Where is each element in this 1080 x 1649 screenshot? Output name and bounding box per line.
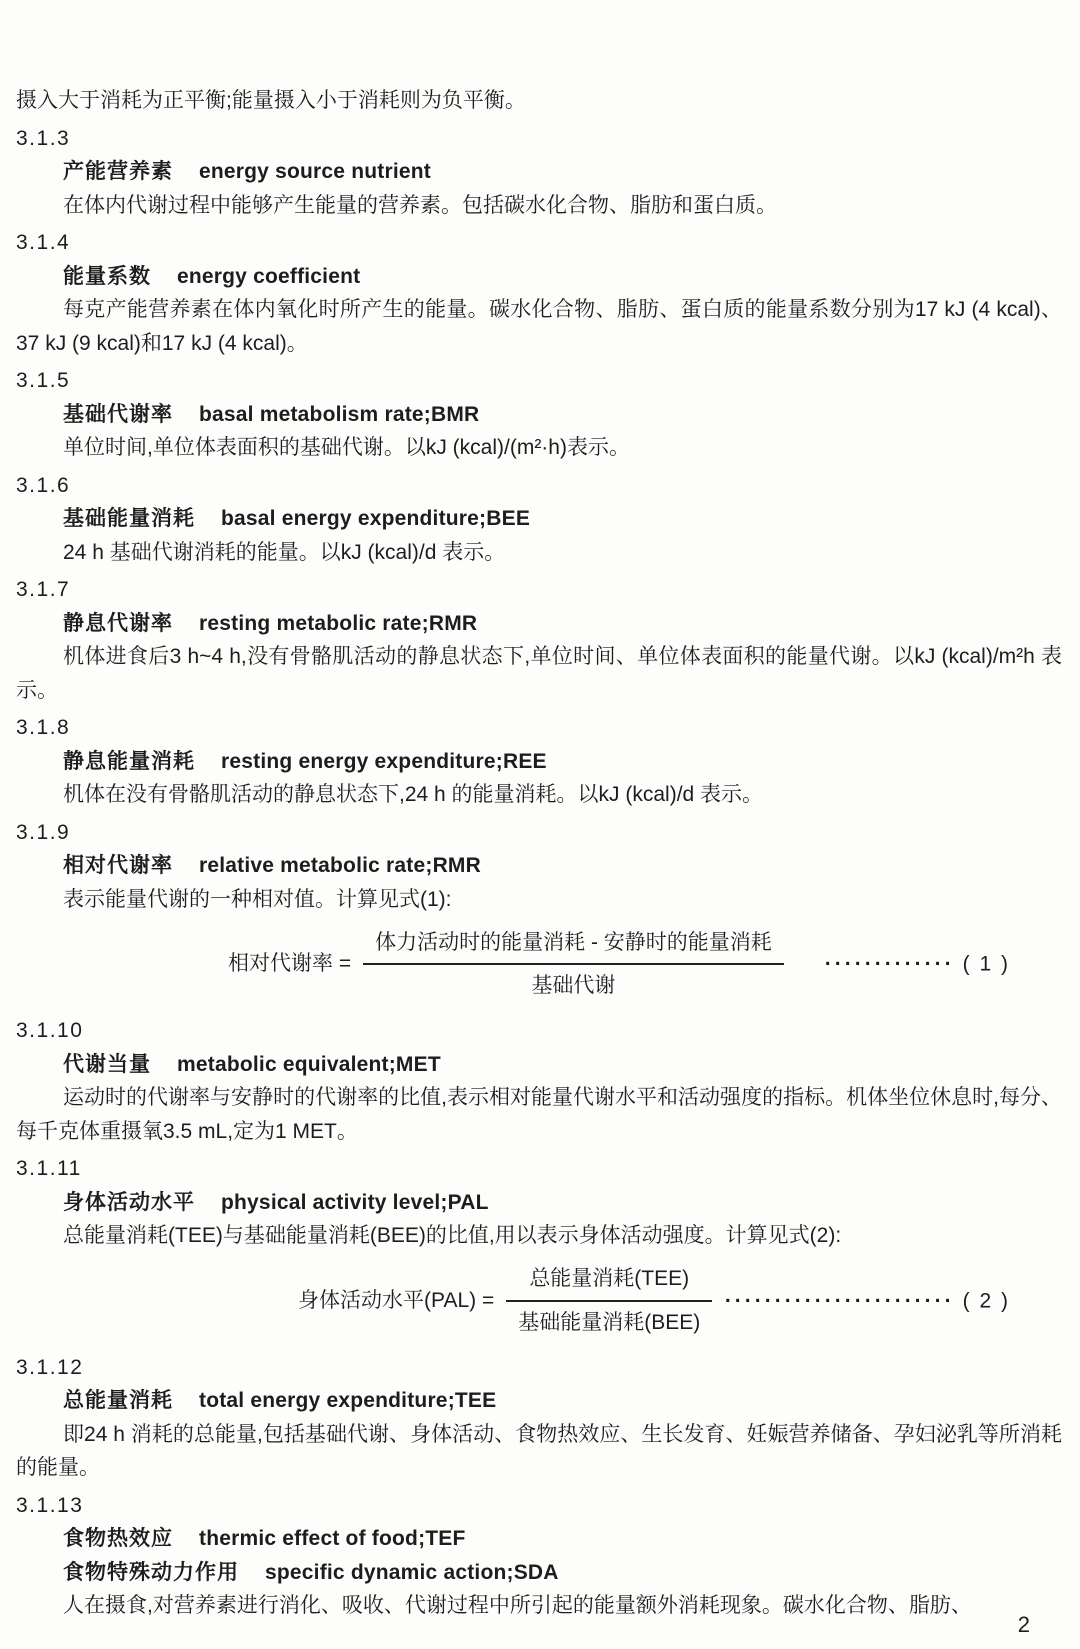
term-line: 总能量消耗total energy expenditure;TEE <box>16 1384 1062 1418</box>
definition-text: 即24 h 消耗的总能量,包括基础代谢、身体活动、食物热效应、生长发育、妊娠营养… <box>16 1418 1062 1485</box>
term-line: 代谢当量metabolic equivalent;MET <box>16 1048 1062 1082</box>
term-en: physical activity level;PAL <box>221 1191 489 1214</box>
term-en: relative metabolic rate;RMR <box>199 854 481 877</box>
term-zh: 产能营养素 <box>63 160 173 183</box>
term-zh: 身体活动水平 <box>63 1191 195 1214</box>
document-page: 摄入大于消耗为正平衡;能量摄入小于消耗则为负平衡。 3.1.3 产能营养素ene… <box>0 0 1080 1649</box>
section-number: 3.1.7 <box>16 573 1062 607</box>
term-en: basal energy expenditure;BEE <box>221 507 530 530</box>
paragraph-continuation: 摄入大于消耗为正平衡;能量摄入小于消耗则为负平衡。 <box>16 84 1062 118</box>
definition-text: 人在摄食,对营养素进行消化、吸收、代谢过程中所引起的能量额外消耗现象。碳水化合物… <box>16 1589 1062 1623</box>
term-zh: 能量系数 <box>63 265 151 288</box>
term-line: 相对代谢率relative metabolic rate;RMR <box>16 849 1062 883</box>
term-line: 静息代谢率resting metabolic rate;RMR <box>16 607 1062 641</box>
term-en: thermic effect of food;TEF <box>199 1527 466 1550</box>
formula-1: 相对代谢率 = 体力活动时的能量消耗 - 安静时的能量消耗 基础代谢 ·····… <box>16 920 1062 1008</box>
fraction-numerator: 体力活动时的能量消耗 - 安静时的能量消耗 <box>363 926 784 966</box>
formula-2: 身体活动水平(PAL) = 总能量消耗(TEE) 基础能量消耗(BEE) ···… <box>16 1257 1062 1345</box>
term-line: 身体活动水平physical activity level;PAL <box>16 1186 1062 1220</box>
term-en: energy coefficient <box>177 265 360 288</box>
leader-dots: ············· <box>825 947 955 981</box>
section-number: 3.1.11 <box>16 1152 1062 1186</box>
definition-text: 在体内代谢过程中能够产生能量的营养素。包括碳水化合物、脂肪和蛋白质。 <box>16 189 1062 223</box>
term-line: 产能营养素energy source nutrient <box>16 155 1062 189</box>
section-number: 3.1.9 <box>16 816 1062 850</box>
formula-lhs: 身体活动水平(PAL) = <box>298 1284 494 1318</box>
term-zh: 代谢当量 <box>63 1053 151 1076</box>
definition-text: 表示能量代谢的一种相对值。计算见式(1): <box>16 883 1062 917</box>
formula-2-expression: 身体活动水平(PAL) = 总能量消耗(TEE) 基础能量消耗(BEE) <box>298 1262 712 1339</box>
definition-text: 总能量消耗(TEE)与基础能量消耗(BEE)的比值,用以表示身体活动强度。计算见… <box>16 1219 1062 1253</box>
section-3-1-4: 3.1.4 能量系数energy coefficient 每克产能营养素在体内氧… <box>16 226 1062 360</box>
term-en: basal metabolism rate;BMR <box>199 403 479 426</box>
fraction: 总能量消耗(TEE) 基础能量消耗(BEE) <box>506 1262 712 1339</box>
term-zh: 静息代谢率 <box>63 612 173 635</box>
definition-text: 单位时间,单位体表面积的基础代谢。以kJ (kcal)/(m²·h)表示。 <box>16 431 1062 465</box>
term-zh: 相对代谢率 <box>63 854 173 877</box>
formula-label: ( 2 ) <box>963 1284 1010 1318</box>
section-3-1-11: 3.1.11 身体活动水平physical activity level;PAL… <box>16 1152 1062 1345</box>
fraction-denominator: 基础代谢 <box>363 965 784 1003</box>
term-en: metabolic equivalent;MET <box>177 1053 441 1076</box>
term-line: 基础代谢率basal metabolism rate;BMR <box>16 398 1062 432</box>
formula-label: ( 1 ) <box>963 947 1010 981</box>
fraction-denominator: 基础能量消耗(BEE) <box>506 1302 712 1340</box>
section-number: 3.1.6 <box>16 469 1062 503</box>
page-number: 2 <box>1018 1608 1030 1642</box>
definition-text: 机体进食后3 h~4 h,没有骨骼肌活动的静息状态下,单位时间、单位体表面积的能… <box>16 640 1062 707</box>
section-number: 3.1.5 <box>16 364 1062 398</box>
section-number: 3.1.4 <box>16 226 1062 260</box>
term-line: 食物特殊动力作用specific dynamic action;SDA <box>16 1556 1062 1590</box>
section-3-1-5: 3.1.5 基础代谢率basal metabolism rate;BMR 单位时… <box>16 364 1062 465</box>
formula-number: ············· ( 1 ) <box>825 947 1010 981</box>
definition-text: 机体在没有骨骼肌活动的静息状态下,24 h 的能量消耗。以kJ (kcal)/d… <box>16 778 1062 812</box>
term-en: specific dynamic action;SDA <box>265 1561 559 1584</box>
section-number: 3.1.10 <box>16 1014 1062 1048</box>
section-3-1-9: 3.1.9 相对代谢率relative metabolic rate;RMR 表… <box>16 816 1062 1009</box>
fraction: 体力活动时的能量消耗 - 安静时的能量消耗 基础代谢 <box>363 926 784 1003</box>
term-line: 食物热效应thermic effect of food;TEF <box>16 1522 1062 1556</box>
section-number: 3.1.13 <box>16 1489 1062 1523</box>
term-zh: 总能量消耗 <box>63 1389 173 1412</box>
definition-text: 每克产能营养素在体内氧化时所产生的能量。碳水化合物、脂肪、蛋白质的能量系数分别为… <box>16 293 1062 360</box>
term-line: 静息能量消耗resting energy expenditure;REE <box>16 745 1062 779</box>
definition-text: 24 h 基础代谢消耗的能量。以kJ (kcal)/d 表示。 <box>16 536 1062 570</box>
section-3-1-12: 3.1.12 总能量消耗total energy expenditure;TEE… <box>16 1351 1062 1485</box>
term-zh: 食物特殊动力作用 <box>63 1561 239 1584</box>
term-en: energy source nutrient <box>199 160 431 183</box>
section-number: 3.1.3 <box>16 122 1062 156</box>
term-zh: 基础能量消耗 <box>63 507 195 530</box>
term-en: resting energy expenditure;REE <box>221 750 547 773</box>
fraction-numerator: 总能量消耗(TEE) <box>506 1262 712 1302</box>
term-en: total energy expenditure;TEE <box>199 1389 496 1412</box>
section-3-1-10: 3.1.10 代谢当量metabolic equivalent;MET 运动时的… <box>16 1014 1062 1148</box>
term-en: resting metabolic rate;RMR <box>199 612 477 635</box>
term-zh: 基础代谢率 <box>63 403 173 426</box>
section-3-1-13: 3.1.13 食物热效应thermic effect of food;TEF 食… <box>16 1489 1062 1623</box>
term-line: 能量系数energy coefficient <box>16 260 1062 294</box>
section-3-1-3: 3.1.3 产能营养素energy source nutrient 在体内代谢过… <box>16 122 1062 223</box>
term-zh: 食物热效应 <box>63 1527 173 1550</box>
section-3-1-6: 3.1.6 基础能量消耗basal energy expenditure;BEE… <box>16 469 1062 570</box>
formula-number: ······················· ( 2 ) <box>725 1284 1010 1318</box>
section-3-1-8: 3.1.8 静息能量消耗resting energy expenditure;R… <box>16 711 1062 812</box>
section-3-1-7: 3.1.7 静息代谢率resting metabolic rate;RMR 机体… <box>16 573 1062 707</box>
section-number: 3.1.8 <box>16 711 1062 745</box>
section-number: 3.1.12 <box>16 1351 1062 1385</box>
term-line: 基础能量消耗basal energy expenditure;BEE <box>16 502 1062 536</box>
leader-dots: ······················· <box>725 1284 955 1318</box>
term-zh: 静息能量消耗 <box>63 750 195 773</box>
formula-lhs: 相对代谢率 = <box>228 947 351 981</box>
definition-text: 运动时的代谢率与安静时的代谢率的比值,表示相对能量代谢水平和活动强度的指标。机体… <box>16 1081 1062 1148</box>
formula-1-expression: 相对代谢率 = 体力活动时的能量消耗 - 安静时的能量消耗 基础代谢 <box>228 926 784 1003</box>
